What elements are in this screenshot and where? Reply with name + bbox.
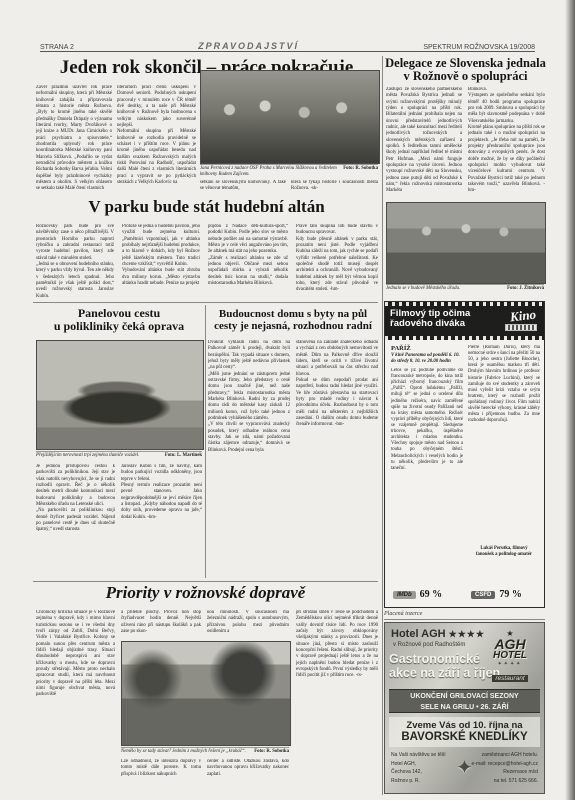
ad-foot-right3: Rezervace míst [472,768,539,777]
headline-delegace-l2: v Rožnově o spolupráci [385,70,546,83]
csfd-rating: ČSFD 79 % [471,589,522,600]
film-tip-box: Filmový tip očima řadového diváka Kino P… [384,301,545,608]
film-review-signature: Lukáš Perutka, filmový fanoušek a polito… [468,546,540,558]
caption-rok-text: Jana Pernicová z nadace OSF Praha s Marc… [200,166,339,178]
delegace-col1: Zástupci ze slovenského partnerského měs… [386,87,462,200]
film-tip-header: Filmový tip očima řadového diváka Kino [385,302,544,340]
ad-footer-right: zaměstnanci AGH hotelu. e-mail: recepce@… [472,751,539,785]
ad-foot-right4: na tel. 571 625 666. [472,777,539,786]
headline-altan: V parku bude stát hudební altán [33,198,380,216]
issue-label: SPEKTRUM ROŽNOVSKA 19/2008 [423,44,535,51]
headline-cesta: Panelovou cestu u polikliniky čeká oprav… [36,307,202,332]
column-divider-mid [205,305,206,578]
hotel-stars-icon: ★★★★ [449,629,485,639]
filmstrip-perforation-bottom-icon [385,336,544,340]
headline-cesta-l1: Panelovou cestu [36,307,202,320]
scan-edge-shadow [565,0,575,800]
ad-invite-line1: Zveme Vás od 10. října na [389,720,540,731]
film-showtime: V kině Panorama od pondělí 6. 10. do stř… [391,353,463,365]
caption-priority-text: Nemělo by se tady stávat? Jedním z možný… [121,749,246,755]
caption-cesta-text: Přejíždějícím nerovnosti trpí zejména tl… [36,453,139,459]
section-rule-2 [33,581,378,582]
headline-dum-l2: cesty je nejasná, rozhodnou radní [208,321,378,333]
altan-col2: Protože se jedná o hudební pavilon, jeho… [122,224,200,300]
headline-priority: Priority v rožnovské dopravě [33,584,378,602]
caption-cesta: Přejíždějícím nerovnosti trpí zejména tl… [36,451,202,459]
ad-hotel-name: Hotel AGH [391,628,446,640]
column-divider-main [382,56,383,795]
photo-delegation-meeting [386,202,546,284]
altan-col3: půjdou z Nadace děti-kultura-sport,“ pod… [208,224,288,300]
film-review-col2: Pierre (Romain Duris), který má nemocné … [468,345,540,543]
dum-col2: stanovena na základě znaleckého odhadu a… [296,340,378,576]
filmstrip-logo-icon [505,324,537,331]
priority-midtop1: a přilehlé plochy. Provoz non stop čtyři… [121,610,201,638]
rok-below2: která se týkají historie i současnosti m… [291,180,378,196]
ad-hotel-title: Hotel AGH ★★★★ [391,628,485,640]
headline-dum: Budoucnost domu s byty na půl cesty je n… [208,309,378,332]
paid-advert-label: Placená inzerce [384,611,545,620]
priority-col1: Chronicky kritická situace je v Rožnově … [36,610,115,795]
altan-col1: Rožnovský park bude pro své návštěvníky … [36,224,114,300]
priority-midbot2: center a sídliště. Otázkou zůstává, kdo … [207,759,289,795]
headline-dum-l1: Budoucnost domu s byty na půl [208,309,378,321]
dum-col1: Dvakrát vyhlásili radní na dům na Palkov… [208,340,290,576]
ad-invite-line2: BAVORSKÉ KNEDLÍKY [389,731,540,743]
priority-midtop2: nou minulostí. V současnosti má železnič… [207,610,289,638]
caption-priority-credit: Foto: R. Sobotka [254,749,289,755]
agh-logo-stars-icon: ✦✦✦✦ [481,661,539,667]
ad-hotel-subtitle: v Rožnově pod Radhoštěm [393,642,465,648]
masthead: STRANA 2 ZPRAVODAJSTVÍ SPEKTRUM ROŽNOVSK… [40,38,535,52]
headline-delegace: Delegace ze Slovenska jednala v Rožnově … [385,57,546,83]
photo-street-crossing [121,641,291,746]
imdb-rating: IMDb 69 % [393,589,442,600]
film-review-col1: Letos se již podruhé podíváme do francou… [391,368,463,564]
cesta-col2: Jaroslav Kubín s tím, že návrhy, kam bud… [121,464,202,576]
agh-logo-mid: HOTEL [481,651,539,661]
ad-band-line1: UKONČENÍ GRILOVACÍ SEZONY [389,692,540,703]
photo-library-meeting [200,70,380,164]
film-movie-title: PAŘÍŽ [391,345,411,352]
ad-foot-right1: zaměstnanci AGH hotelu. [472,751,539,760]
rok-col1: Závěr prázdnin uzavřel rok práce neformá… [36,85,112,195]
headline-cesta-l2: u polikliniky čeká oprava [36,320,202,333]
film-tip-title: Filmový tip očima řadového diváka [390,309,470,330]
imdb-score: 69 % [420,589,443,600]
chandelier-ornament-icon: ✦ [456,755,473,780]
priority-midbot1: Lze odhadnout, že intenzita dopravy v to… [121,759,201,795]
agh-logo-restaurant: restaurant [492,675,527,682]
section-title: ZPRAVODAJSTVÍ [198,41,299,51]
caption-delegace-credit: Foto: J. Žitníková [507,286,544,292]
kino-logo: Kino [509,307,537,326]
cesta-col1: Je jedinou přístupovou cestou k parkoviš… [36,464,115,576]
photo-car-panel-road [36,340,204,450]
agh-hotel-logo: ★ AGH HOTEL ✦✦✦✦ restaurant [481,629,539,685]
ad-invite-band: Zveme Vás od 10. října na BAVORSKÉ KNEDL… [389,717,540,747]
csfd-score: 79 % [499,589,522,600]
caption-rok-credit: Foto: R. Sobotka [343,166,378,178]
agh-logo-top: AGH [481,638,539,651]
caption-rok: Jana Pernicová z nadace OSF Praha s Marc… [200,164,378,178]
hotel-agh-advert: Hotel AGH ★★★★ v Rožnově pod Radhoštěm G… [384,622,545,794]
rok-below1: setkání se slovenskými knihovníky. A tak… [200,180,286,196]
newspaper-page: STRANA 2 ZPRAVODAJSTVÍ SPEKTRUM ROŽNOVSK… [0,0,575,800]
rok-col2: literárních prací členů uskupení v Domov… [117,85,196,195]
imdb-badge-icon: IMDb [393,591,416,599]
section-rule-1 [33,302,378,303]
ad-grill-band: UKONČENÍ GRILOVACÍ SEZONY SELE NA GRILU … [389,689,540,713]
film-tip-title-l2: řadového diváka [390,319,470,329]
altan-col4: Právě tato skupina lidí bude stavbu v bu… [296,224,378,300]
csfd-badge-icon: ČSFD [471,591,495,599]
caption-cesta-credit: Foto: L. Martinek [165,453,202,459]
caption-delegace-text: Jednalo se v budově Městského úřadu. [386,286,460,292]
caption-delegace: Jednalo se v budově Městského úřadu. Fot… [386,284,544,292]
page-number: STRANA 2 [40,44,74,51]
delegace-col2: Blinková. Výstupem ze společného setkání… [468,87,545,200]
filmstrip-perforation-top-icon [385,302,544,306]
priority-col4: při střídání směn v Tesle se podchodem a… [296,610,378,795]
ad-band-line2: SELE NA GRILU • 26. ZÁŘÍ [389,703,540,714]
ad-foot-right2: e-mail: recepce@hotel-agh.cz [472,760,539,769]
caption-priority: Nemělo by se tady stávat? Jedním z možný… [121,747,289,755]
